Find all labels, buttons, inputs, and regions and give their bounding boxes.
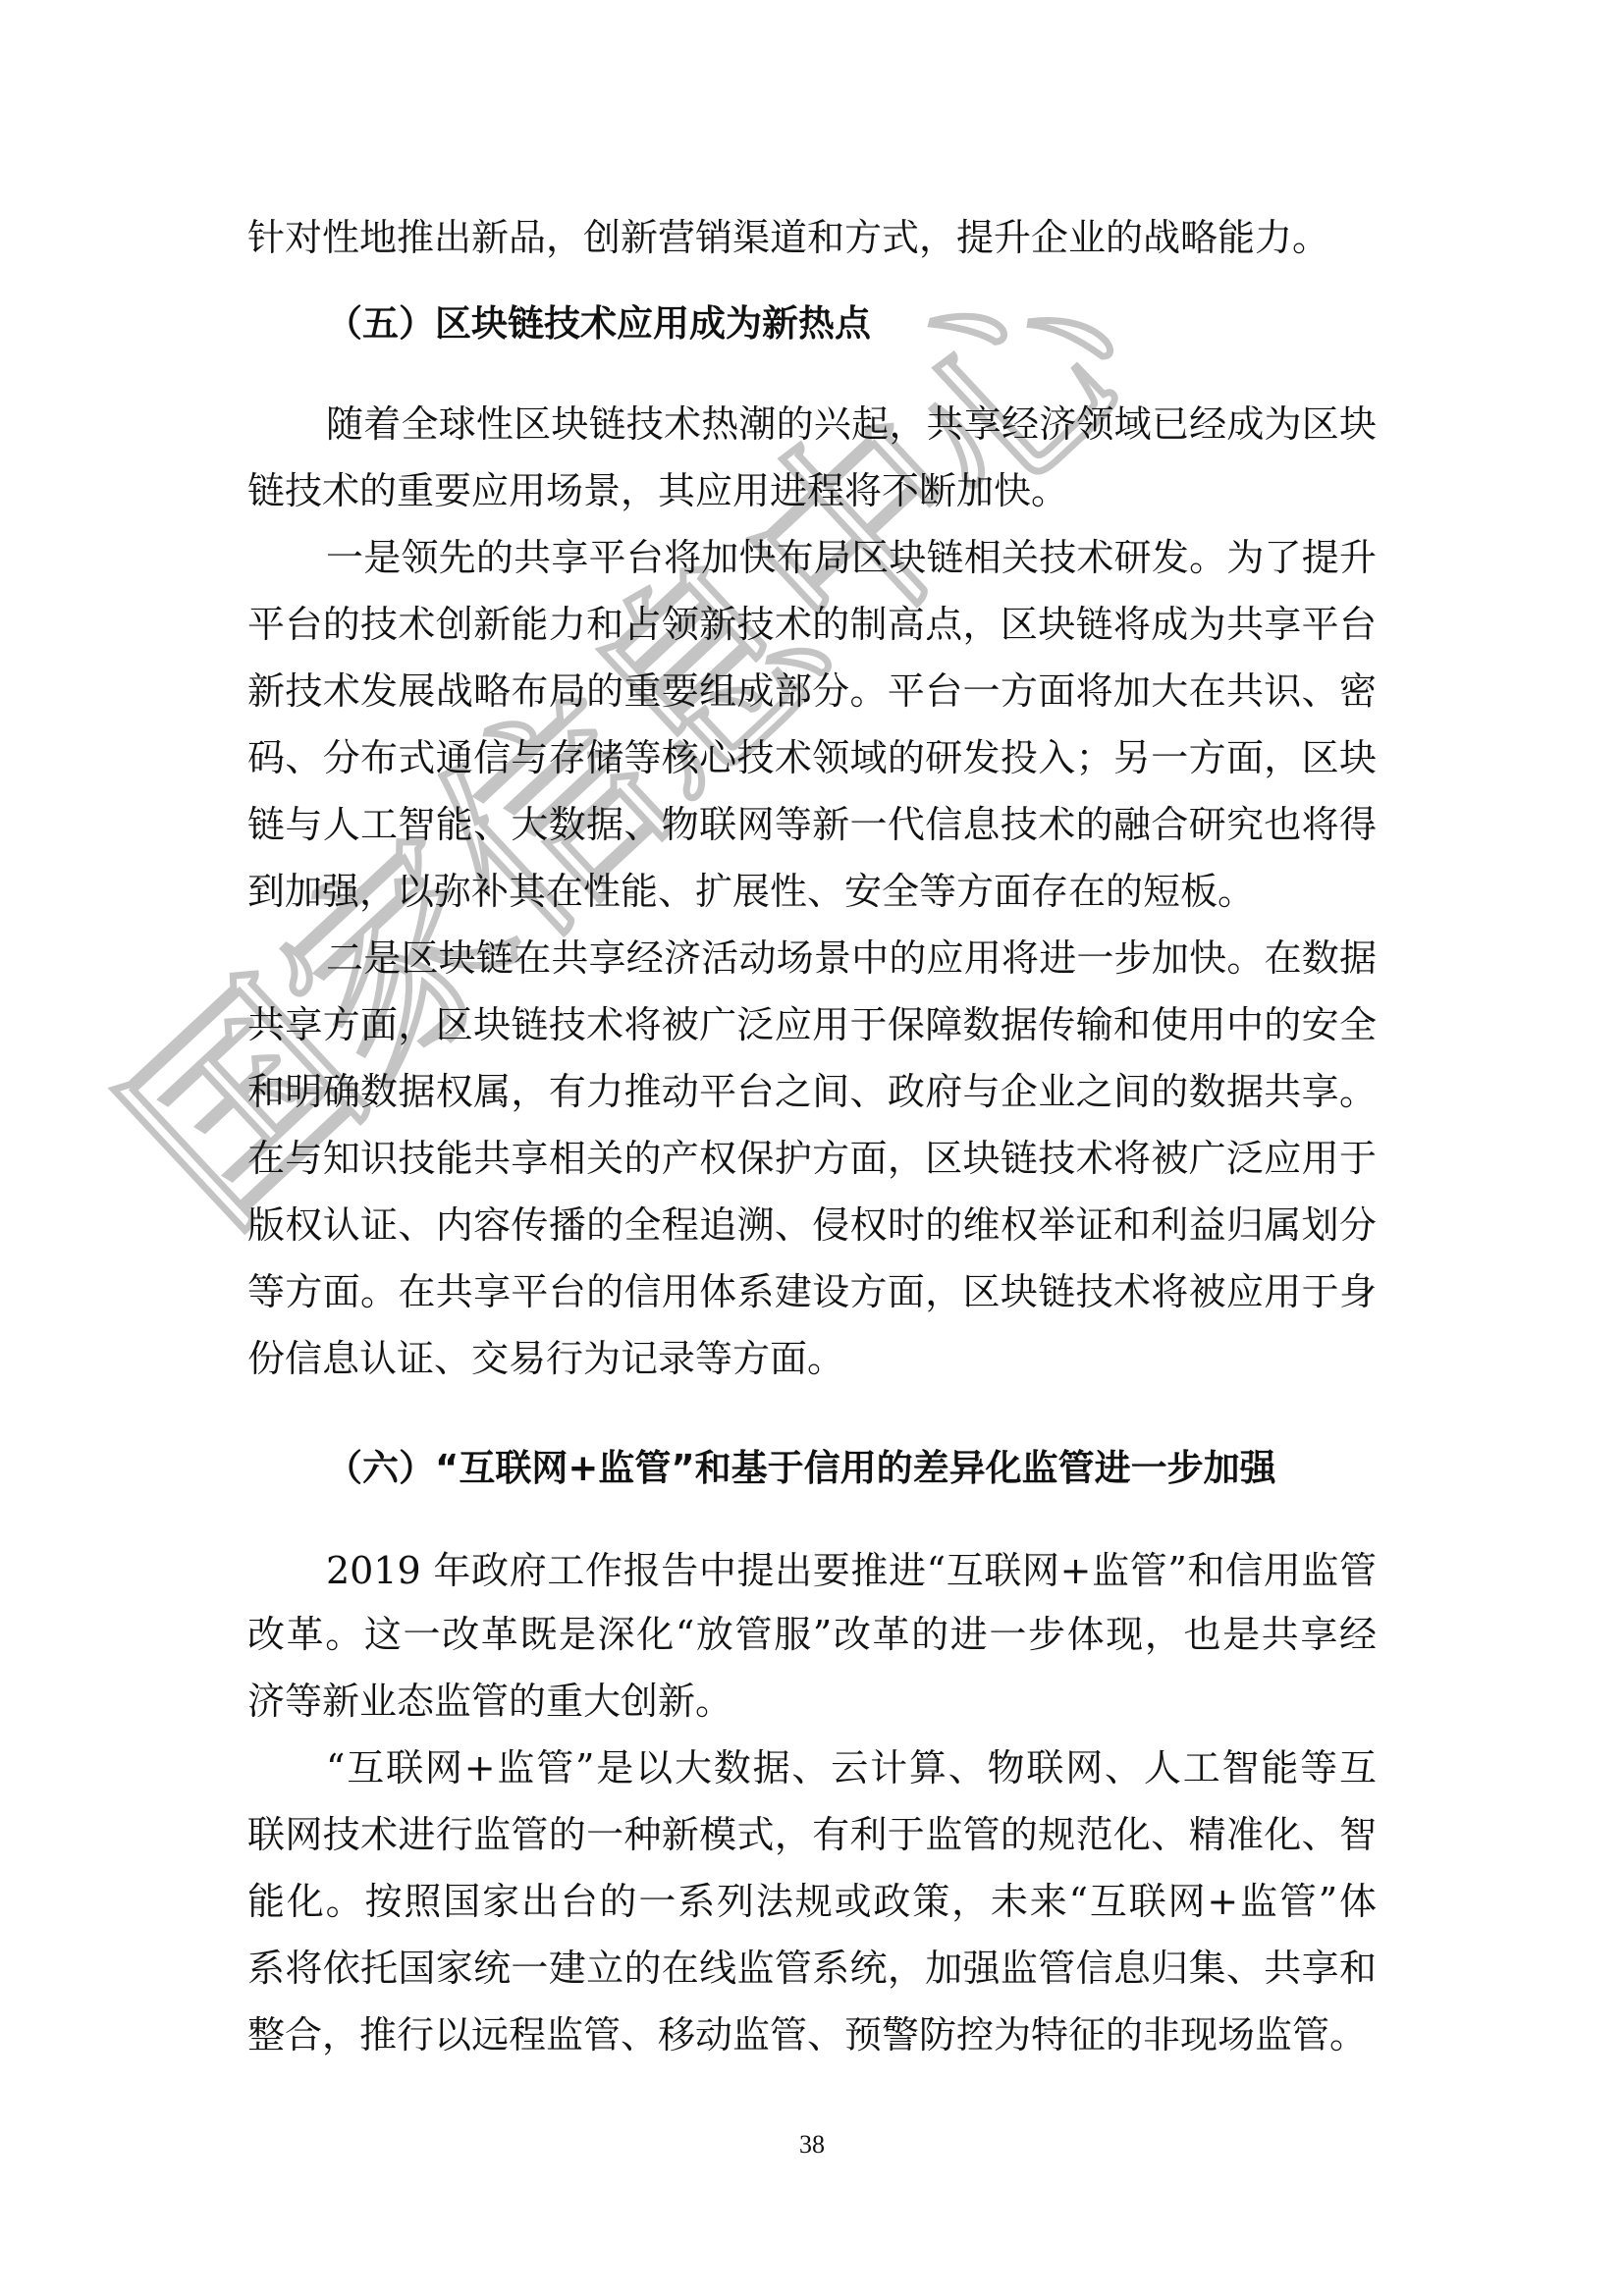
paragraph-line: 能化。按照国家出台的一系列法规或政策，未来“互联网+监管”体 <box>247 1869 1377 1934</box>
paragraph-line: 份信息认证、交易行为记录等方面。 <box>247 1326 1377 1391</box>
paragraph-line: 联网技术进行监管的一种新模式，有利于监管的规范化、精准化、智 <box>247 1802 1377 1867</box>
paragraph-line: 随着全球性区块链技术热潮的兴起，共享经济领域已经成为区块 <box>247 392 1377 456</box>
paragraph-line: 版权认证、内容传播的全程追溯、侵权时的维权举证和利益归属划分 <box>247 1193 1377 1257</box>
paragraph-line: 平台的技术创新能力和占领新技术的制高点，区块链将成为共享平台 <box>247 592 1377 657</box>
paragraph-line: 改革。这一改革既是深化“放管服”改革的进一步体现，也是共享经 <box>247 1602 1377 1667</box>
section-heading-6: （六）“互联网+监管”和基于信用的差异化监管进一步加强 <box>326 1436 1276 1501</box>
document-page: 国家信息中心 针对性地推出新品，创新营销渠道和方式，提升企业的战略能力。 （五）… <box>0 0 1624 2296</box>
paragraph-line: 到加强，以弥补其在性能、扩展性、安全等方面存在的短板。 <box>247 859 1377 924</box>
paragraph-line: 二是区块链在共享经济活动场景中的应用将进一步加快。在数据 <box>247 926 1377 990</box>
paragraph-line: 链与人工智能、大数据、物联网等新一代信息技术的融合研究也将得 <box>247 792 1377 857</box>
paragraph-line: 和明确数据权属，有力推动平台之间、政府与企业之间的数据共享。 <box>247 1059 1377 1124</box>
paragraph-line: 在与知识技能共享相关的产权保护方面，区块链技术将被广泛应用于 <box>247 1126 1377 1191</box>
page-number: 38 <box>0 2130 1624 2160</box>
paragraph-line: 整合，推行以远程监管、移动监管、预警防控为特征的非现场监管。 <box>247 2002 1377 2067</box>
paragraph-line: 济等新业态监管的重大创新。 <box>247 1669 1377 1734</box>
paragraph-line: 码、分布式通信与存储等核心技术领域的研发投入；另一方面，区块 <box>247 725 1377 790</box>
paragraph-line: 等方面。在共享平台的信用体系建设方面，区块链技术将被应用于身 <box>247 1259 1377 1324</box>
paragraph-line: “互联网+监管”是以大数据、云计算、物联网、人工智能等互 <box>247 1735 1377 1800</box>
paragraph-line: 2019 年政府工作报告中提出要推进“互联网+监管”和信用监管 <box>247 1538 1377 1603</box>
paragraph-line: 新技术发展战略布局的重要组成部分。平台一方面将加大在共识、密 <box>247 659 1377 723</box>
section-heading-5: （五）区块链技术应用成为新热点 <box>326 292 871 356</box>
paragraph-line: 链技术的重要应用场景，其应用进程将不断加快。 <box>247 458 1377 523</box>
paragraph-line: 系将依托国家统一建立的在线监管系统，加强监管信息归集、共享和 <box>247 1936 1377 2001</box>
paragraph-line: 一是领先的共享平台将加快布局区块链相关技术研发。为了提升 <box>247 525 1377 590</box>
page-content: 针对性地推出新品，创新营销渠道和方式，提升企业的战略能力。 （五）区块链技术应用… <box>0 0 1624 2296</box>
paragraph-line: 共享方面，区块链技术将被广泛应用于保障数据传输和使用中的安全 <box>247 992 1377 1057</box>
paragraph-line: 针对性地推出新品，创新营销渠道和方式，提升企业的战略能力。 <box>247 205 1377 270</box>
